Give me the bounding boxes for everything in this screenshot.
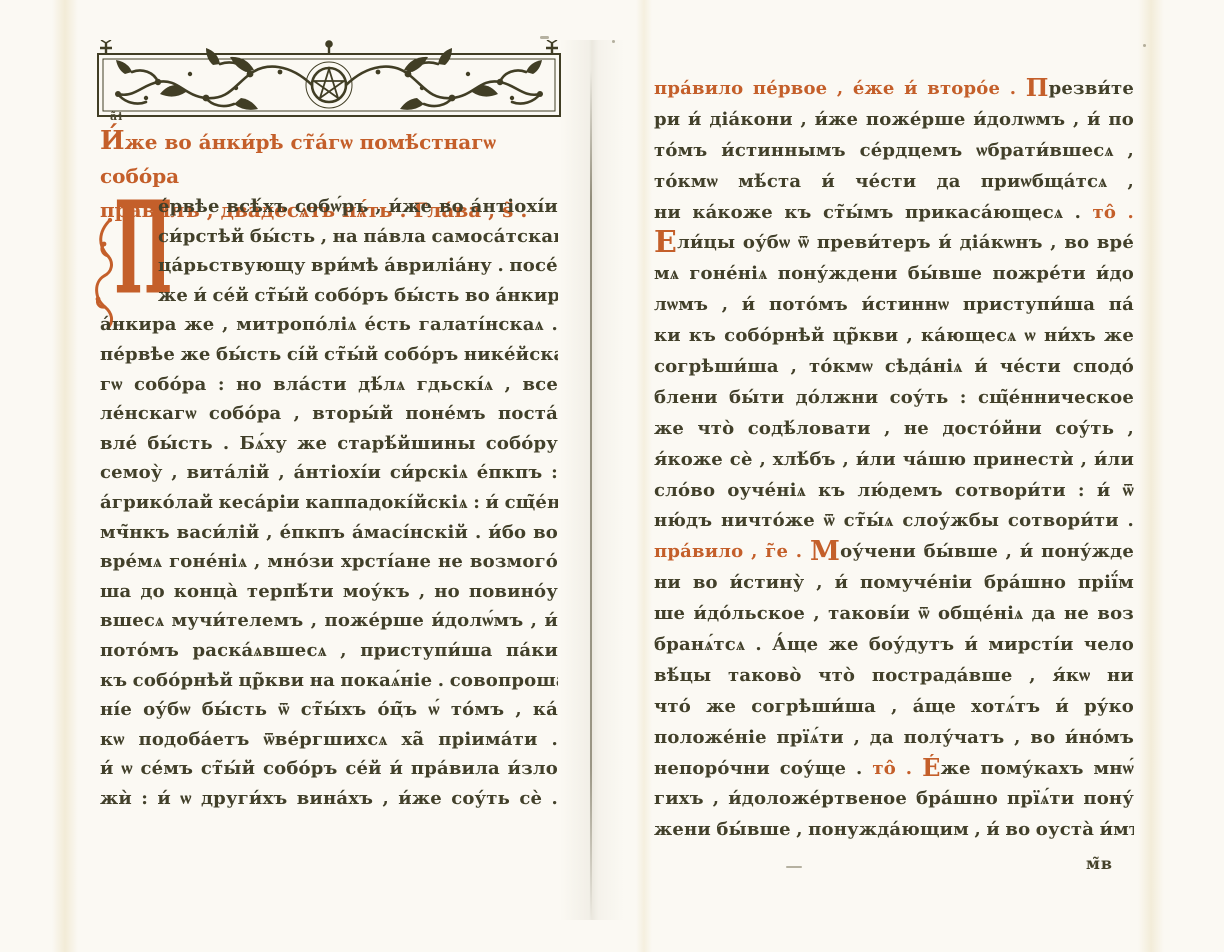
text-line: ри и́ діа́кони , и́же поже́рше и́долѡмъ … (654, 105, 1134, 136)
text-line: ле́нскагѡ собо́ра , вторы́й поне́мъ пост… (100, 399, 558, 429)
text-line: вре́мѧ гоне́ніѧ , мно́зи хрсті́ане не во… (100, 547, 558, 577)
gutter-fold-line (590, 70, 592, 920)
text-line: мѧ гоне́ніѧ пону́ждени бы́вше пожре́ти и… (654, 259, 1134, 290)
text-line: ни ка́коже къ ст̃ы́мъ прикаса́ющесѧ . то… (654, 198, 1134, 229)
text-line: непоро́чни соу́ще . то̂ . Е́же пому́кахъ… (654, 754, 1134, 785)
text-line: пра́вило пе́рвое , е́же и́ второ́е . Пре… (654, 74, 1134, 105)
text-line: ню́дъ ничто́же ѿ ст̃ы́ѧ слоу́жбы сотвори… (654, 506, 1134, 537)
text-line: е́рвѣе всѣ́хъ собѡ́ръ , и́же во а́нтіохі… (100, 192, 558, 222)
text-line: семоу̀ , вита́лій , а́нтіохі́и си́рскіѧ … (100, 458, 558, 488)
text-line: то́мъ и́стиннымъ се́рдцемъ ѡбрати́вшесѧ … (654, 136, 1134, 167)
text-line: гѡ собо́ра : но вла́сти дѣ́лѧ гдьскі́ѧ ,… (100, 370, 558, 400)
text-line: ни во и́стину̀ , и́ помуче́ніи бра́шно п… (654, 568, 1134, 599)
text-line: кѡ подоба́етъ ѿве́ргшихсѧ ха̃ пріима́ти … (100, 725, 558, 755)
text-line: я́коже сѐ , хлѣ́бъ , и́ли ча́шю принестѝ… (654, 445, 1134, 476)
text-line: же что̀ содѣ́ловати , не досто́йни соу́т… (654, 414, 1134, 445)
inline-drop-cap: Е́ (922, 754, 941, 782)
ink-speck (786, 866, 802, 868)
text-line: ні́е оу́бѡ бы́сть ѿ ст̃ы́хъ о́ц̃ъ ѡ́ то́… (100, 695, 558, 725)
right-page: пра́вило пе́рвое , е́же и́ второ́е . Пре… (654, 74, 1134, 864)
text-line: си́рстѣй бы́сть , на па́вла самоса́тскаг… (100, 222, 558, 252)
ink-speck (1143, 44, 1146, 47)
paper-streak-left (52, 0, 78, 952)
marginal-note: а̃і (110, 110, 123, 123)
text-line: сло́во оуче́ніѧ къ лю́демъ сотвори́ти : … (654, 476, 1134, 507)
paper-streak-right (1138, 0, 1164, 952)
quire-signature: м̃в (1086, 854, 1113, 873)
text-line: ки къ собо́рнѣй цр̃кви , ка́ющесѧ ѡ ни́х… (654, 321, 1134, 352)
text-line: пра́вило , г̃е . Моу́чени бы́вше , и́ по… (654, 537, 1134, 568)
text-line: ше и́до́льское , такові́и ѿ обще́ніѧ да … (654, 599, 1134, 630)
text-line: мч̃нкъ васи́лій , е́пкпъ а́масі́нскій . … (100, 518, 558, 548)
text-line: же и́ се́й ст̃ы́й собо́ръ бы́сть во а́нк… (100, 281, 558, 311)
inline-drop-cap: М (810, 537, 840, 567)
text-line: къ собо́рнѣй цр̃кви на покаѧ́ніе . совоп… (100, 666, 558, 696)
text-line: ша до конца̀ терпѣ́ти моу́къ , но повино… (100, 577, 558, 607)
inline-drop-cap: П (1026, 74, 1049, 102)
text-line: ца́рьствующу ври́мѣ а́вриліа́ну . посе́м… (100, 251, 558, 281)
text-line: вѣ́цы таково̀ что̀ пострада́вше , я́кѡ н… (654, 661, 1134, 692)
inline-drop-cap: Е (654, 228, 677, 259)
text-line: Ели́цы оу́бѡ ѿ преви́теръ и́ діа́кѡнъ , … (654, 228, 1134, 259)
text-line: и́ ѡ се́мъ ст̃ы́й собо́ръ се́й и́ пра́ви… (100, 754, 558, 784)
left-page-lines: е́рвѣе всѣ́хъ собѡ́ръ , и́же во а́нтіохі… (100, 192, 558, 813)
text-line: пе́рвѣе же бы́сть сі́й ст̃ы́й собо́ръ ни… (100, 340, 558, 370)
headpiece-ornament (94, 40, 564, 122)
text-line: лѡмъ , и́ пото́мъ и́стиннѡ приступи́ша п… (654, 290, 1134, 321)
text-line: жени бы́вше , понужда́ющим , и́ во оуста… (654, 815, 1134, 846)
text-line: согрѣши́ша , то́кмѡ сѣда́ніѧ и́ че́сти с… (654, 352, 1134, 383)
text-line: бранѧ́тсѧ . А́ще же боу́дутъ и́ мирсті́и… (654, 630, 1134, 661)
text-line: то́кмѡ мѣ́ста и́ че́сти да приѡбща́тсѧ , (654, 167, 1134, 198)
text-line: а́нкира же , митропо́ліѧ е́сть галаті́нс… (100, 310, 558, 340)
text-line: вшесѧ мучи́телемъ , поже́рше и́долѡ́мъ ,… (100, 606, 558, 636)
ink-speck (612, 40, 615, 43)
text-line: что́ же согрѣши́ша , а́ще хотѧ́тъ и́ ру́… (654, 692, 1134, 723)
ink-speck (540, 36, 549, 39)
gutter-shadow (560, 40, 624, 920)
text-line: положе́ніе прїѧ́ти , да полу́чатъ , во и… (654, 723, 1134, 754)
text-line: а́грико́лай кеса́ріи каппадокі́йскіѧ : и… (100, 488, 558, 518)
text-line: пото́мъ раска́ѧвшесѧ , приступи́ша па́ки (100, 636, 558, 666)
text-line: жѝ : и́ ѡ други́хъ вина́хъ , и́же соу́ть… (100, 784, 558, 814)
text-line: вле́ бы́сть . Бѧ́ху же старѣ́йшины собо́… (100, 429, 558, 459)
right-page-lines: пра́вило пе́рвое , е́же и́ второ́е . Пре… (654, 74, 1134, 846)
text-line: блени бы́ти до́лжни соу́ть : сщ̃е́нничес… (654, 383, 1134, 414)
text-line: гихъ , и́доложе́ртвеное бра́шно прїѧ́ти … (654, 784, 1134, 815)
paper-streak-gutter (636, 0, 652, 952)
left-page: а̃і И́же во а́нки́рѣ ст̃а́гѡ помѣ́стнагѡ… (100, 40, 558, 840)
